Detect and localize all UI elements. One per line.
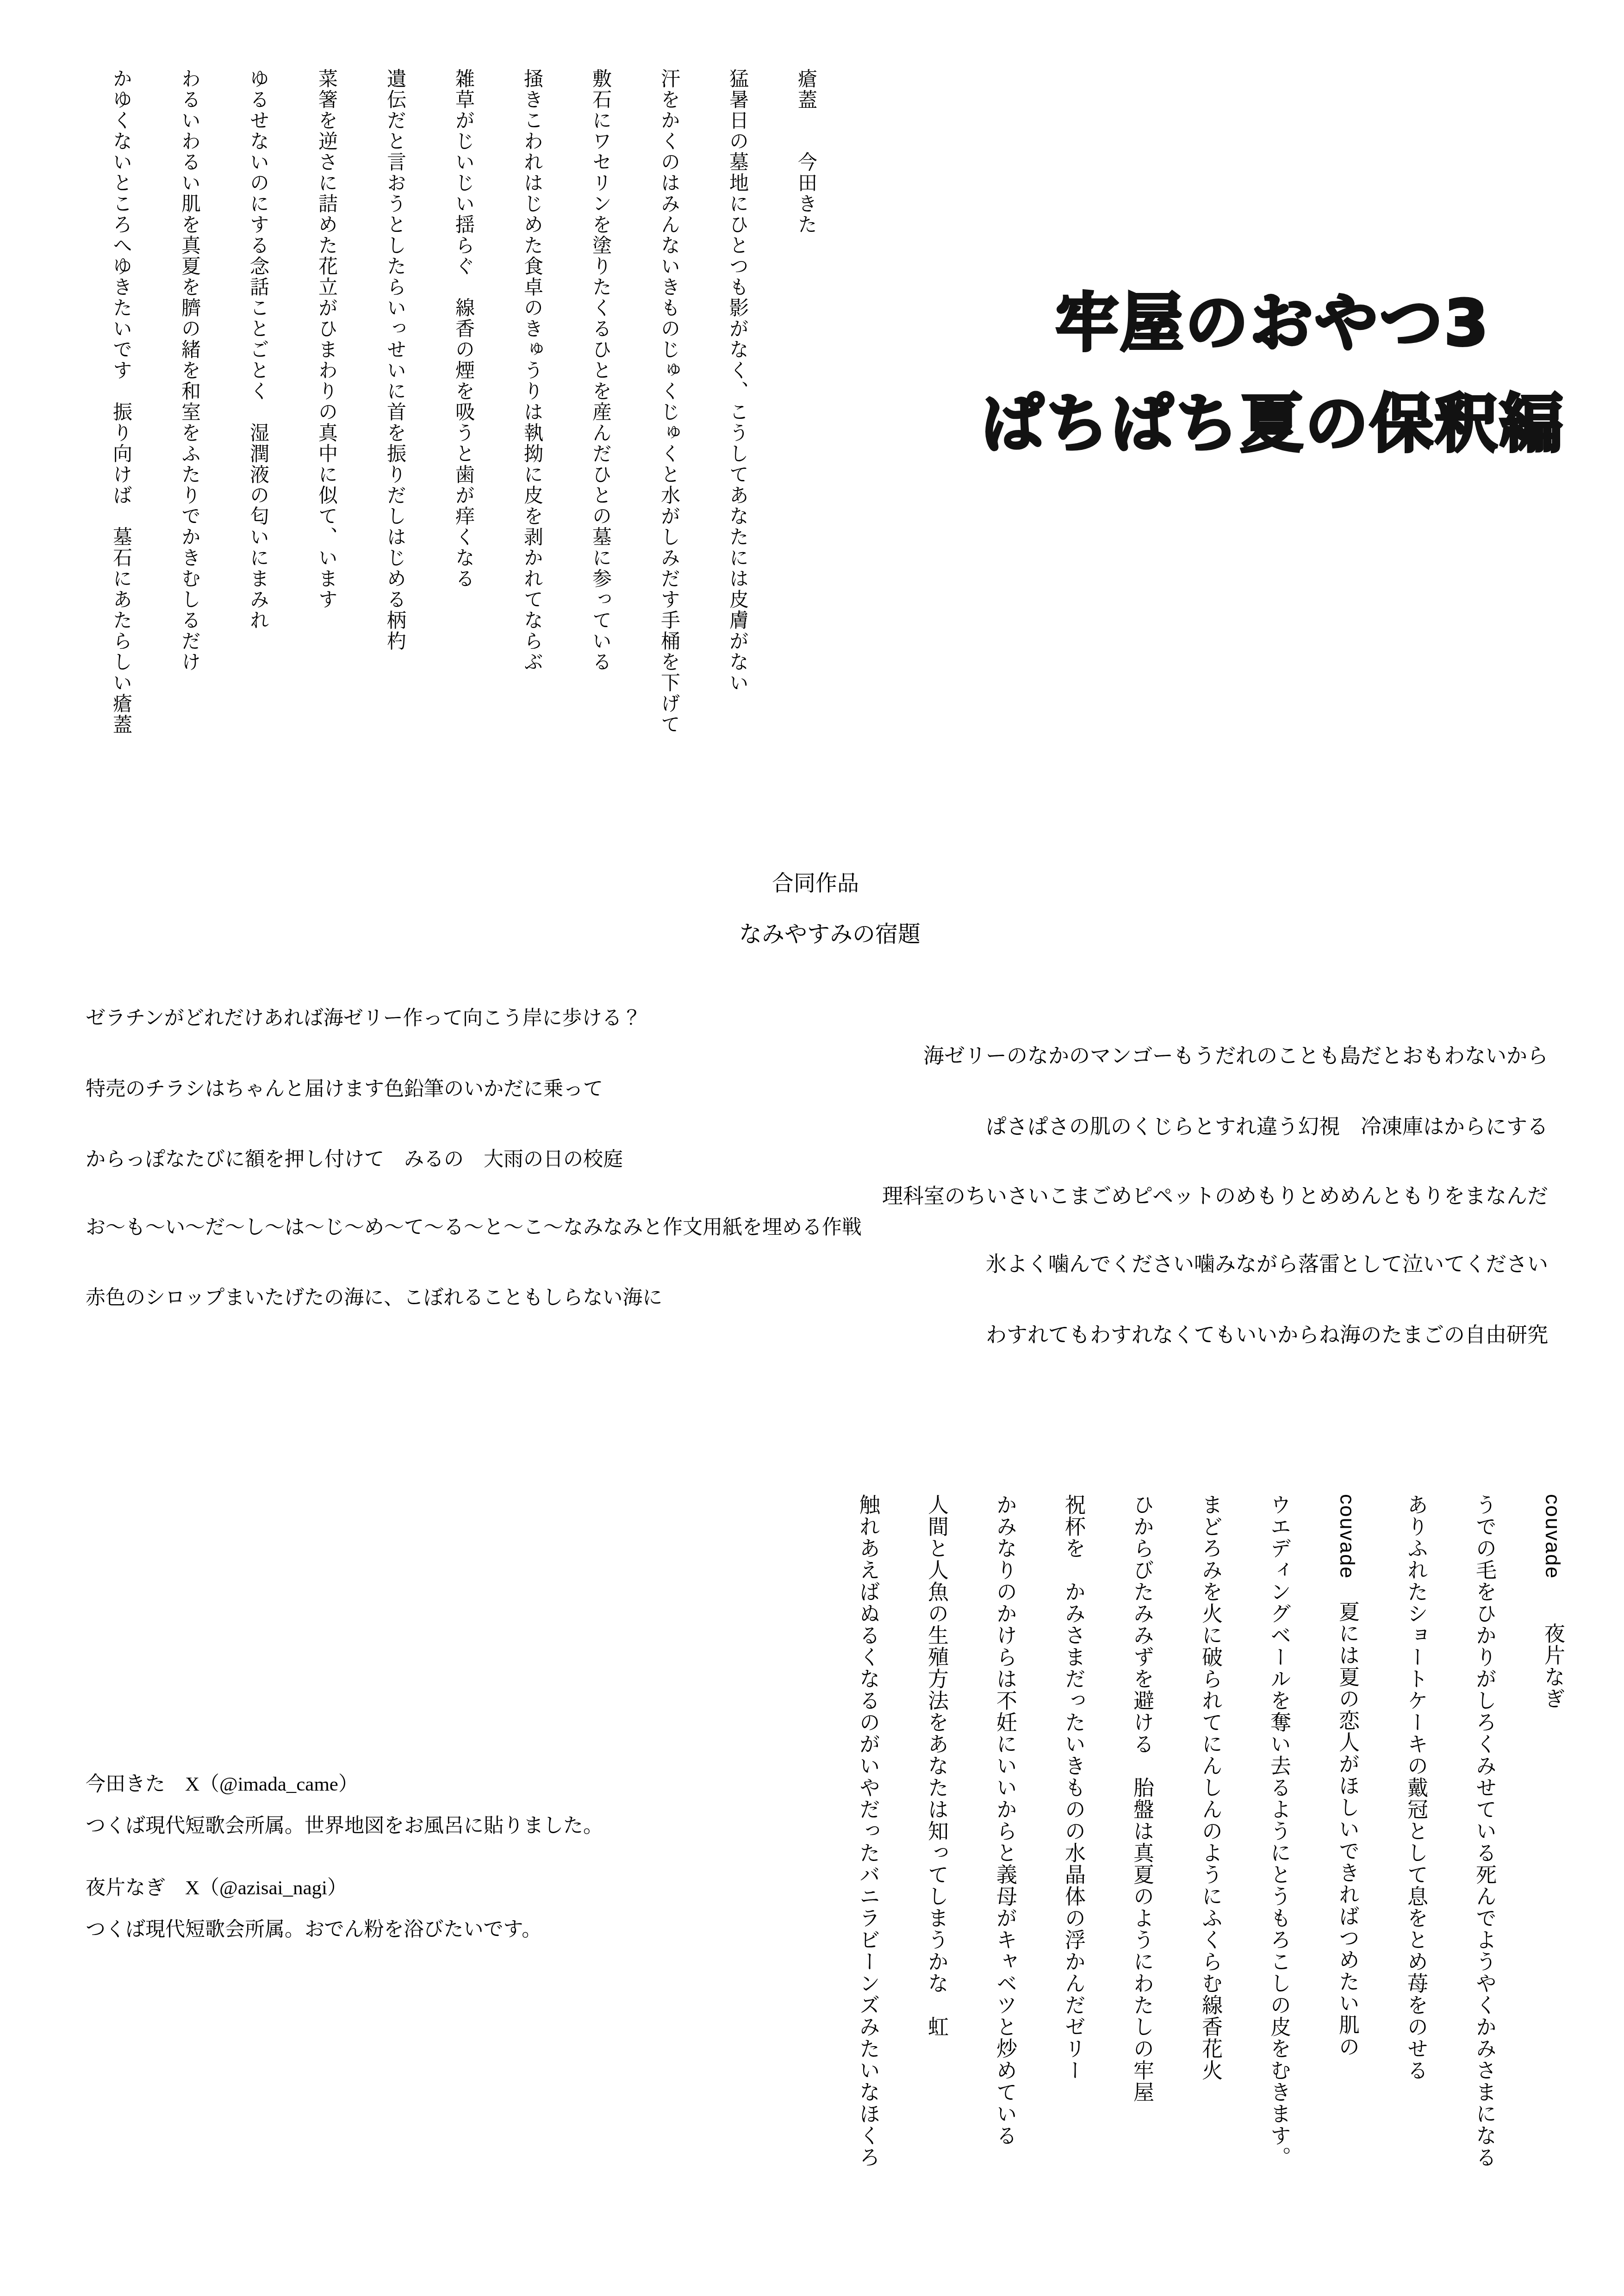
- imada-section-title: 瘡蓋 今田きた: [796, 68, 815, 730]
- page-title-line2: ぱちぱち夏の保釈編: [963, 374, 1583, 475]
- joint-section-title: なみやすみの宿題: [739, 920, 921, 949]
- tanka-poem: かみなりのかけらは不妊にいいからと義母がキャベツと炒めている: [995, 1494, 1015, 2216]
- tanka-poem: 汗をかくのはみんないきものじゅくじゅくと水がしみだす手桶を下げて: [659, 68, 678, 730]
- tanka-poem: うでの毛をひかりがしろくみせている死んでようやくかみさまになる: [1474, 1494, 1495, 2216]
- tanka-poem: 敷石にワセリンを塗りたくるひとを産んだひとの墓に参っている: [591, 68, 610, 730]
- tanka-poem: couvade 夏には夏の恋人がほしいできればつめたい肌の: [1337, 1494, 1358, 2216]
- tanka-poem: 雑草がじいじい揺らぐ 線香の煙を吸うと歯が痒くなる: [454, 68, 473, 730]
- bio-name-yokata: 夜片なぎ X（@azisai_nagi）: [86, 1875, 347, 1901]
- tanka-poem: 祝杯を かみさまだったいきものの水晶体の浮かんだゼリー: [1063, 1494, 1084, 2216]
- yokata-poem-block: couvade 夜片なぎ うでの毛をひかりがしろくみせている死んでようやくかみさ…: [848, 1494, 1563, 2216]
- page-title-line1: 牢屋のおやつ3: [963, 273, 1583, 374]
- bio-description-yokata: つくば現代短歌会所属。おでん粉を浴びたいです。: [86, 1917, 541, 1943]
- joint-tanka-left: からっぽなたびに額を押し付けて みるの 大雨の日の校庭: [86, 1146, 623, 1172]
- joint-tanka-right: わすれてもわすれなくてもいいからね海のたまごの自由研究: [986, 1322, 1548, 1349]
- joint-tanka-right: ぱさぱさの肌のくじらとすれ違う幻視 冷凍庫はからにする: [986, 1114, 1548, 1140]
- page-title: 牢屋のおやつ3 ぱちぱち夏の保釈編: [963, 273, 1583, 475]
- tanka-poem: ウエディングベールを奪い去るようにとうもろこしの皮をむきます。: [1269, 1494, 1289, 2216]
- tanka-poem: 菜箸を逆さに詰めた花立がひまわりの真中に似て、います: [317, 68, 336, 730]
- tanka-poem: 猛暑日の墓地にひとつも影がなく、こうしてあなたには皮膚がない: [728, 68, 747, 730]
- joint-section-label: 合同作品: [772, 869, 859, 897]
- tanka-poem: 遺伝だと言おうとしたらいっせいに首を振りだしはじめる柄杓: [385, 68, 404, 730]
- tanka-poem: ありふれたショートケーキの戴冠として息をとめ苺をのせる: [1406, 1494, 1426, 2216]
- joint-tanka-right: 氷よく噛んでください噛みながら落雷として泣いてください: [986, 1251, 1548, 1278]
- tanka-poem: わるいわるい肌を真夏を臍の緒を和室をふたりでかきむしるだけ: [180, 68, 199, 730]
- tanka-poem: 触れあえばぬるくなるのがいやだったバニラビーンズみたいなほくろ: [858, 1494, 878, 2216]
- tanka-poem: まどろみを火に破られてにんしんのようにふくらむ線香花火: [1200, 1494, 1221, 2216]
- imada-poem-block: 瘡蓋 今田きた 猛暑日の墓地にひとつも影がなく、こうしてあなたには皮膚がない 汗…: [69, 68, 815, 730]
- tanka-poem: かゆくないところへゆきたいです 振り向けば 墓石にあたらしい瘡蓋: [111, 68, 131, 730]
- joint-tanka-right: 海ゼリーのなかのマンゴーもうだれのことも島だとおもわないから: [923, 1043, 1548, 1070]
- joint-tanka-left: 特売のチラシはちゃんと届けます色鉛筆のいかだに乗って: [86, 1076, 603, 1102]
- tanka-poem: 掻きこわれはじめた食卓のきゅうりは執拗に皮を剥かれてならぶ: [522, 68, 541, 730]
- bio-description-imada: つくば現代短歌会所属。世界地図をお風呂に貼りました。: [86, 1813, 603, 1839]
- joint-tanka-left: ゼラチンがどれだけあれば海ゼリー作って向こう岸に歩ける？: [86, 1005, 642, 1031]
- bio-name-imada: 今田きた X（@imada_came）: [86, 1772, 358, 1798]
- joint-tanka-right: 理科室のちいさいこまごめピペットのめもりとめめんともりをまなんだ: [882, 1183, 1548, 1210]
- tanka-poem: ひからびたみみずを避ける 胎盤は真夏のようにわたしの牢屋: [1132, 1494, 1152, 2216]
- book-page: 瘡蓋 今田きた 猛暑日の墓地にひとつも影がなく、こうしてあなたには皮膚がない 汗…: [0, 0, 1624, 2296]
- tanka-poem: ゆるせないのにする念話ことごとく 湿潤液の匂いにまみれ: [248, 68, 268, 730]
- joint-tanka-left: 赤色のシロップまいたげたの海に、こぼれることもしらない海に: [86, 1285, 662, 1311]
- yokata-section-title: couvade 夜片なぎ: [1543, 1494, 1563, 2216]
- tanka-poem: 人間と人魚の生殖方法をあなたは知ってしまうかな 虹: [926, 1494, 947, 2216]
- joint-tanka-left: お〜も〜い〜だ〜し〜は〜じ〜め〜て〜る〜と〜こ〜なみなみと作文用紙を埋める作戦: [86, 1214, 862, 1240]
